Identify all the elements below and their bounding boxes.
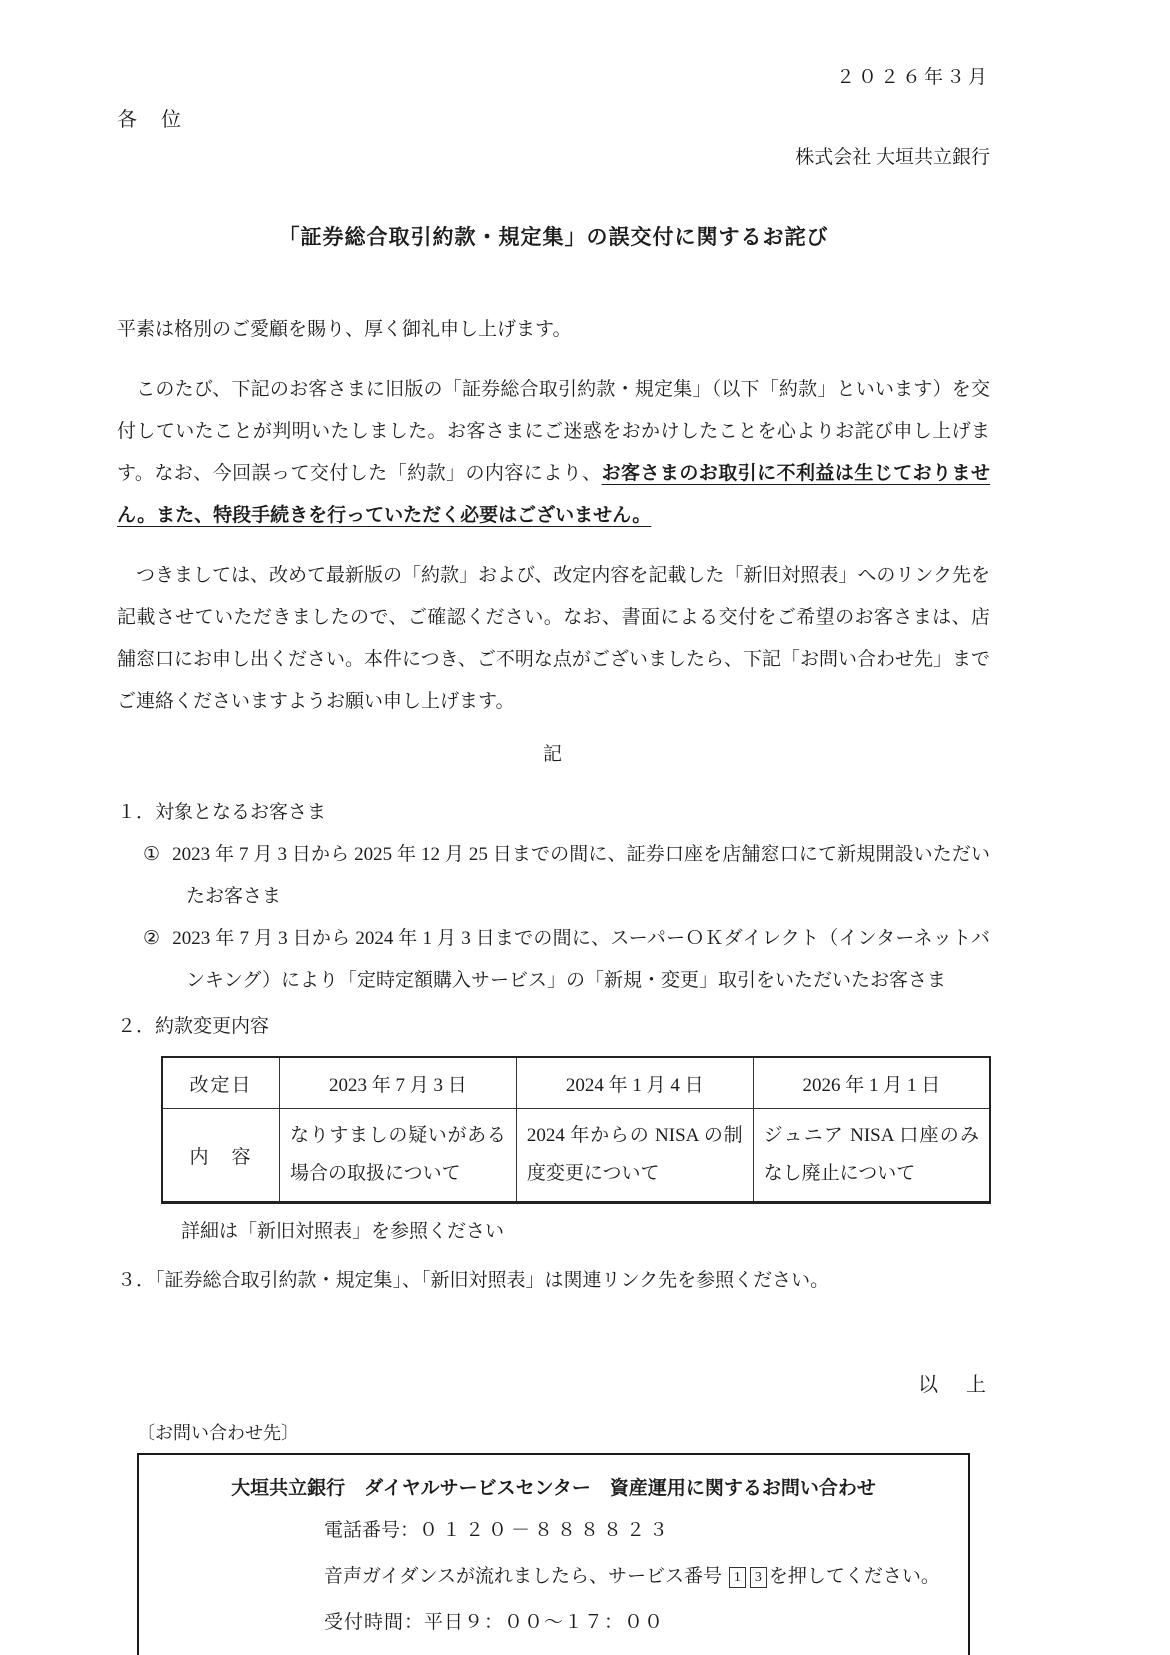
list-item-text: 2023 年 7 月 3 日から 2024 年 1 月 3 日までの間に、スーパ… xyxy=(172,928,990,991)
contact-box: 大垣共立銀行 ダイヤルサービスセンター 資産運用に関するお問い合わせ 電話番号：… xyxy=(137,1453,970,1655)
table-row-header-content: 内 容 xyxy=(162,1109,280,1203)
service-number-box: 3 xyxy=(750,1567,767,1588)
table-row-header-date: 改定日 xyxy=(162,1057,280,1109)
document-date: ２０２６年３月 xyxy=(117,62,990,89)
closing-marker: 以 上 xyxy=(117,1368,990,1397)
table-cell-date: 2024 年 1 月 4 日 xyxy=(516,1057,753,1109)
list-item-marker: ① xyxy=(143,844,160,865)
guidance-text-pre: 音声ガイダンスが流れましたら、サービス番号 xyxy=(324,1566,727,1587)
hours-text: 受付時間：平日９：００～１７：００ xyxy=(324,1612,664,1633)
guidance-text-post: を押してください。 xyxy=(769,1566,940,1587)
apology-paragraph: このたび、下記のお客さまに旧版の「証券総合取引約款・規定集」（以下「約款」といい… xyxy=(117,369,990,537)
contact-guidance-line: 音声ガイダンスが流れましたら、サービス番号 13を押してください。 xyxy=(324,1562,958,1592)
list-item: ②2023 年 7 月 3 日から 2024 年 1 月 3 日までの間に、スー… xyxy=(143,918,990,1002)
table-row: 改定日 2023 年 7 月 3 日 2024 年 1 月 4 日 2026 年… xyxy=(162,1057,990,1109)
list-item-marker: ② xyxy=(143,928,160,949)
document-page: ２０２６年３月 各 位 株式会社 大垣共立銀行 「証券総合取引約款・規定集」の誤… xyxy=(0,0,1170,1655)
list-item-text: 2023 年 7 月 3 日から 2025 年 12 月 25 日までの間に、証… xyxy=(172,844,990,907)
service-number-box: 1 xyxy=(729,1567,746,1588)
phone-number: ０１２０－８８８８２３ xyxy=(419,1520,672,1541)
table-cell-content: ジュニア NISA 口座のみなし廃止について xyxy=(753,1109,990,1203)
list-item: ①2023 年 7 月 3 日から 2025 年 12 月 25 日までの間に、… xyxy=(143,834,990,918)
table-cell-date: 2023 年 7 月 3 日 xyxy=(280,1057,517,1109)
greeting-paragraph: 平素は格別のご愛顧を賜り、厚く御礼申し上げます。 xyxy=(117,309,990,351)
contact-label: 〔お問い合わせ先〕 xyxy=(137,1419,990,1445)
table-cell-content: なりすましの疑いがある場合の取扱について xyxy=(280,1109,517,1203)
section1-heading: １．対象となるお客さま xyxy=(117,792,990,834)
amendment-table: 改定日 2023 年 7 月 3 日 2024 年 1 月 4 日 2026 年… xyxy=(161,1056,991,1204)
table-row: 内 容 なりすましの疑いがある場合の取扱について 2024 年からの NISA … xyxy=(162,1109,990,1203)
section3-heading: ３．「証券総合取引約款・規定集」、「新旧対照表」は関連リンク先を参照ください。 xyxy=(117,1260,990,1302)
section2-heading: ２．約款変更内容 xyxy=(117,1006,990,1048)
instruction-paragraph: つきましては、改めて最新版の「約款」および、改定内容を記載した「新旧対照表」への… xyxy=(117,555,990,723)
contact-phone-line: 電話番号：０１２０－８８８８２３ xyxy=(324,1516,958,1546)
addressee: 各 位 xyxy=(117,103,990,132)
contact-hours-line: 受付時間：平日９：００～１７：００ xyxy=(324,1608,958,1638)
phone-label: 電話番号： xyxy=(324,1520,419,1541)
table-cell-date: 2026 年 1 月 1 日 xyxy=(753,1057,990,1109)
company-name: 株式会社 大垣共立銀行 xyxy=(117,142,990,169)
contact-heading: 大垣共立銀行 ダイヤルサービスセンター 資産運用に関するお問い合わせ xyxy=(149,1473,958,1500)
record-marker: 記 xyxy=(117,739,990,766)
table-cell-content: 2024 年からの NISA の制度変更について xyxy=(516,1109,753,1203)
table-note: 詳細は「新旧対照表」を参照ください xyxy=(181,1214,990,1250)
page-title: 「証券総合取引約款・規定集」の誤交付に関するお詫び xyxy=(117,221,990,251)
